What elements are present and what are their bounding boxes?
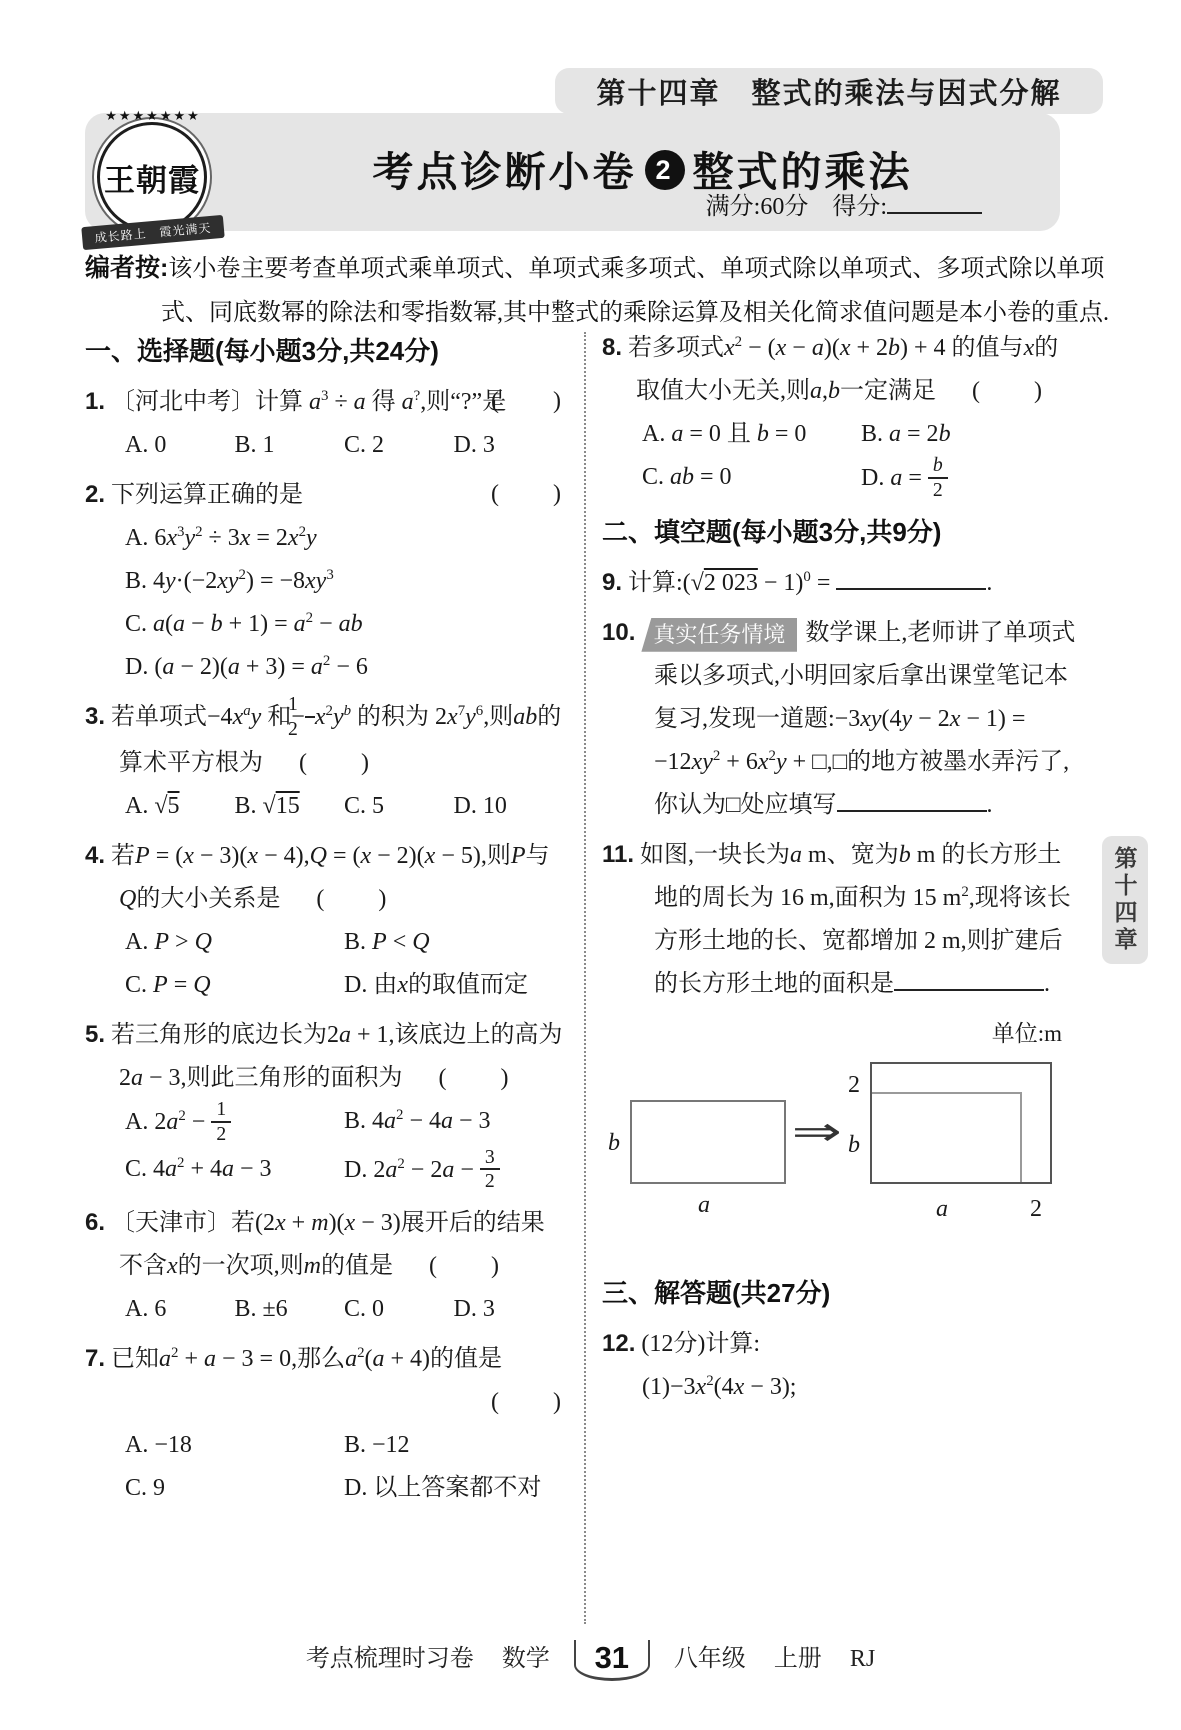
question-4: 4.若P = (x − 3)(x − 4),Q = (x − 2)(x − 5)… [85,834,563,1007]
option: D. 2a2 − 2a − 32 [344,1148,563,1195]
diagram-unit-label: 单位:m [992,1012,1062,1055]
question-10-stem: 10.真实任务情境数学课上,老师讲了单项式乘以多项式,小明回家后拿出课堂笔记本复… [602,611,1080,827]
section-2-heading: 二、填空题(每小题3分,共9分) [602,509,1080,555]
logo-stars-icon: ★★★★★★★ [88,108,218,124]
score-blank [887,192,982,214]
option: D. 由x的取值而定 [344,964,563,1007]
question-number: 11. [602,841,640,868]
left-column: 一、选择题(每小题3分,共24分) ( )1.〔河北中考〕计算 a3 ÷ a 得… [85,326,563,1516]
label-b: b [608,1122,620,1165]
question-12-stem: 12.(12分)计算: [602,1322,1080,1366]
footer-volume: 上册 [774,1646,822,1672]
page-footer: 考点梳理时习卷数学31八年级上册RJ [0,1638,1181,1681]
option: A. √5 [125,785,235,828]
question-12: 12.(12分)计算: (1)−3x2(4x − 3); [602,1322,1080,1409]
got-score-label: 得分: [808,194,887,220]
answer-paren: ( ) [525,473,563,516]
question-7-options: A. −18 B. −12 C. 9 D. 以上答案都不对 [85,1424,563,1510]
page-number-book-icon: 31 [574,1640,650,1681]
answer-paren: ( ) [972,378,1044,404]
question-5-stem: 5.若三角形的底边长为2a + 1,该底边上的高为2a − 3,则此三角形的面积… [85,1013,563,1100]
full-score-label: 满分:60分 [706,194,809,220]
brand-logo: ★★★★★★★ 王朝霞 成长路上 霞光满天 [88,112,218,240]
question-7-stem: 7.已知a2 + a − 3 = 0,那么a2(a + 4)的值是 [85,1337,563,1381]
logo-circle: 王朝霞 [97,122,207,232]
implies-arrow-icon: ⇒ [792,1110,842,1153]
calc-expression: (1)−3x2(4x − 3); [642,1374,796,1400]
column-divider [584,332,586,1624]
stem-text: 已知a2 + a − 3 = 0,那么a2(a + 4)的值是 [111,1346,502,1372]
option: A. 6 [125,1288,235,1331]
footer-grade: 八年级 [674,1646,746,1672]
option: B. −12 [344,1424,563,1467]
option: D. 以上答案都不对 [344,1467,563,1510]
label-b-right: b [848,1124,860,1167]
question-3-options: A. √5 B. √15 C. 5 D. 10 [85,785,563,828]
footer-edition: RJ [850,1646,875,1672]
option: B. 4a2 − 4a − 3 [344,1100,563,1147]
question-11: 11.如图,一块长为a m、宽为b m 的长方形土地的周长为 16 m,面积为 … [602,833,1080,1264]
question-8-options: A. a = 0 且 b = 0 B. a = 2b C. ab = 0 D. … [602,413,1080,503]
title-number-badge: 2 [645,150,685,190]
question-number: 12. [602,1330,641,1357]
stem-text: 计算:(√2 023 − 1)0 = . [628,570,992,596]
question-7: 7.已知a2 + a − 3 = 0,那么a2(a + 4)的值是 ( ) A.… [85,1337,563,1510]
expanded-rectangle [870,1062,1052,1184]
stem-text: 下列运算正确的是 [111,482,303,508]
question-10: 10.真实任务情境数学课上,老师讲了单项式乘以多项式,小明回家后拿出课堂笔记本复… [602,611,1080,827]
question-6-options: A. 6 B. ±6 C. 0 D. 3 [85,1288,563,1331]
question-12-part1: (1)−3x2(4x − 3); [602,1366,1080,1409]
context-badge: 真实任务情境 [641,618,797,652]
question-number: 10. [602,619,641,646]
section-1-heading: 一、选择题(每小题3分,共24分) [85,328,563,374]
rectangle-diagram: 单位:m b a ⇒ 2 b a 2 [602,1012,1080,1264]
inner-rectangle [872,1092,1022,1182]
question-number: 4. [85,842,111,869]
question-9: 9.计算:(√2 023 − 1)0 = . [602,561,1080,605]
editor-note-text: 该小卷主要考查单项式乘单项式、单项式乘多项式、单项式除以单项式、多项式除以单项式… [161,256,1109,326]
option: D. (a − 2)(a + 3) = a2 − 6 [125,646,563,689]
option: B. 1 [235,424,345,467]
option: D. a = b2 [861,456,1080,503]
question-number: 9. [602,569,628,596]
score-line: 满分:60分 得分: [706,186,982,221]
question-number: 6. [85,1209,111,1236]
option: C. a(a − b + 1) = a2 − ab [125,603,563,646]
logo-banner-slogan: 成长路上 霞光满天 [81,215,224,250]
option: C. 5 [344,785,454,828]
option: B. ±6 [235,1288,345,1331]
option: A. P > Q [125,921,344,964]
option: A. 0 [125,424,235,467]
answer-paren: ( ) [439,1065,511,1091]
section-3-heading: 三、解答题(共27分) [602,1270,1080,1316]
label-two-bottom: 2 [1030,1188,1042,1231]
question-8-stem: 8.若多项式x2 − (x − a)(x + 2b) + 4 的值与x的取值大小… [602,326,1080,413]
option: C. 9 [125,1467,344,1510]
question-number: 7. [85,1345,111,1372]
question-2-stem: ( )2.下列运算正确的是 [85,473,563,517]
option: B. a = 2b [861,413,1080,456]
question-number: 1. [85,388,111,415]
question-5-options: A. 2a2 − 12 B. 4a2 − 4a − 3 C. 4a2 + 4a … [85,1100,563,1195]
chapter-header: 第十四章 整式的乘法与因式分解 [555,68,1103,114]
option: C. P = Q [125,964,344,1007]
option: A. 6x3y2 ÷ 3x = 2x2y [125,517,563,560]
footer-series: 考点梳理时习卷 [306,1646,474,1672]
answer-paren-line: ( ) [85,1381,563,1424]
stem-text: 〔河北中考〕计算 a3 ÷ a 得 a?,则“?”是 [111,389,506,415]
question-2: ( )2.下列运算正确的是 A. 6x3y2 ÷ 3x = 2x2y B. 4y… [85,473,563,689]
question-4-options: A. P > Q B. P < Q C. P = Q D. 由x的取值而定 [85,921,563,1007]
footer-subject: 数学 [502,1646,550,1672]
question-4-stem: 4.若P = (x − 3)(x − 4),Q = (x − 2)(x − 5)… [85,834,563,921]
question-6-stem: 6.〔天津市〕若(2x + m)(x − 3)展开后的结果不含x的一次项,则m的… [85,1201,563,1288]
question-3: 3.若单项式−4xay 和−12x2yb 的积为 2x7y6,则ab的算术平方根… [85,695,563,828]
option: D. 3 [454,1288,564,1331]
question-11-stem: 11.如图,一块长为a m、宽为b m 的长方形土地的周长为 16 m,面积为 … [602,833,1080,1006]
option: C. ab = 0 [642,456,861,503]
answer-paren: ( ) [429,1253,501,1279]
workbook-page: 第十四章 整式的乘法与因式分解 考点诊断小卷2整式的乘法 满分:60分 得分: … [0,0,1181,1730]
question-1-stem: ( )1.〔河北中考〕计算 a3 ÷ a 得 a?,则“?”是 [85,380,563,424]
question-1: ( )1.〔河北中考〕计算 a3 ÷ a 得 a?,则“?”是 A. 0 B. … [85,380,563,467]
label-a-right: a [936,1188,948,1231]
answer-paren: ( ) [299,750,371,776]
logo-brand-name: 王朝霞 [104,155,200,200]
chapter-side-tab: 第十四章 [1102,836,1148,964]
question-8: 8.若多项式x2 − (x − a)(x + 2b) + 4 的值与x的取值大小… [602,326,1080,503]
right-column: 8.若多项式x2 − (x − a)(x + 2b) + 4 的值与x的取值大小… [602,326,1080,1415]
original-rectangle [630,1100,786,1184]
label-a: a [698,1184,710,1227]
answer-paren: ( ) [316,886,388,912]
option: B. 4y·(−2xy2) = −8xy3 [125,560,563,603]
option: A. 2a2 − 12 [125,1100,344,1147]
question-number: 2. [85,481,111,508]
stem-text: (12分)计算: [641,1331,760,1357]
question-3-stem: 3.若单项式−4xay 和−12x2yb 的积为 2x7y6,则ab的算术平方根… [85,695,563,785]
editor-note: 编者按:该小卷主要考查单项式乘单项式、单项式乘多项式、单项式除以单项式、多项式除… [85,246,1141,335]
option: D. 3 [454,424,564,467]
question-9-stem: 9.计算:(√2 023 − 1)0 = . [602,561,1080,605]
option: C. 4a2 + 4a − 3 [125,1148,344,1195]
question-number: 5. [85,1021,111,1048]
option: C. 2 [344,424,454,467]
answer-paren: ( ) [525,380,563,423]
question-6: 6.〔天津市〕若(2x + m)(x − 3)展开后的结果不含x的一次项,则m的… [85,1201,563,1331]
question-5: 5.若三角形的底边长为2a + 1,该底边上的高为2a − 3,则此三角形的面积… [85,1013,563,1195]
option: D. 10 [454,785,564,828]
option: A. a = 0 且 b = 0 [642,413,861,456]
option: C. 0 [344,1288,454,1331]
header-box: 考点诊断小卷2整式的乘法 满分:60分 得分: [85,113,1060,231]
question-number: 8. [602,334,628,361]
title-prefix: 考点诊断小卷 [373,149,637,195]
stem-text: 如图,一块长为a m、宽为b m 的长方形土地的周长为 16 m,面积为 15 … [640,842,1071,997]
option: A. −18 [125,1424,344,1467]
option: B. P < Q [344,921,563,964]
question-1-options: A. 0 B. 1 C. 2 D. 3 [85,424,563,467]
question-number: 3. [85,703,111,730]
question-2-options: A. 6x3y2 ÷ 3x = 2x2y B. 4y·(−2xy2) = −8x… [85,517,563,689]
option: B. √15 [235,785,345,828]
label-two-top: 2 [848,1064,860,1107]
editor-note-label: 编者按: [85,254,168,282]
